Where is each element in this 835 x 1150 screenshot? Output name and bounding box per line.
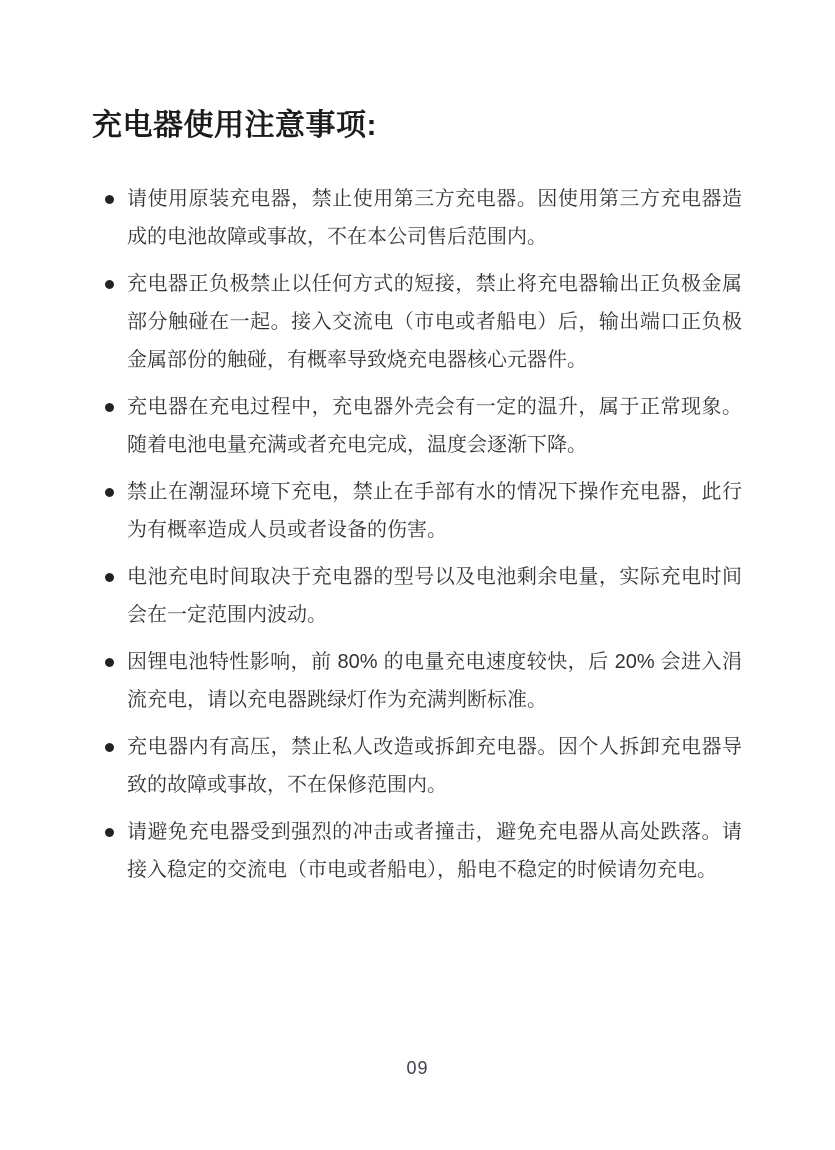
page-title: 充电器使用注意事项:: [92, 108, 742, 144]
bullet-icon: [105, 658, 114, 667]
manual-page: 充电器使用注意事项: 请使用原装充电器，禁止使用第三方充电器。因使用第三方充电器…: [0, 0, 835, 1150]
notice-list: 请使用原装充电器，禁止使用第三方充电器。因使用第三方充电器造成的电池故障或事故，…: [92, 180, 742, 889]
bullet-icon: [105, 743, 114, 752]
notice-text: 电池充电时间取决于充电器的型号以及电池剩余电量，实际充电时间会在一定范围内波动。: [127, 558, 742, 634]
notice-item: 电池充电时间取决于充电器的型号以及电池剩余电量，实际充电时间会在一定范围内波动。: [105, 558, 742, 634]
notice-text: 充电器在充电过程中，充电器外壳会有一定的温升，属于正常现象。随着电池电量充满或者…: [127, 388, 742, 464]
notice-item: 禁止在潮湿环境下充电，禁止在手部有水的情况下操作充电器，此行为有概率造成人员或者…: [105, 473, 742, 549]
notice-item: 充电器在充电过程中，充电器外壳会有一定的温升，属于正常现象。随着电池电量充满或者…: [105, 388, 742, 464]
bullet-icon: [105, 195, 114, 204]
notice-text: 请避免充电器受到强烈的冲击或者撞击，避免充电器从高处跌落。请接入稳定的交流电（市…: [127, 813, 742, 889]
page-number: 09: [0, 1056, 835, 1080]
notice-text: 禁止在潮湿环境下充电，禁止在手部有水的情况下操作充电器，此行为有概率造成人员或者…: [127, 473, 742, 549]
bullet-icon: [105, 403, 114, 412]
notice-text: 因锂电池特性影响，前 80% 的电量充电速度较快，后 20% 会进入涓流充电，请…: [127, 643, 742, 719]
notice-item: 充电器内有高压，禁止私人改造或拆卸充电器。因个人拆卸充电器导致的故障或事故，不在…: [105, 728, 742, 804]
notice-item: 请避免充电器受到强烈的冲击或者撞击，避免充电器从高处跌落。请接入稳定的交流电（市…: [105, 813, 742, 889]
bullet-icon: [105, 828, 114, 837]
notice-item: 因锂电池特性影响，前 80% 的电量充电速度较快，后 20% 会进入涓流充电，请…: [105, 643, 742, 719]
bullet-icon: [105, 280, 114, 289]
notice-item: 充电器正负极禁止以任何方式的短接，禁止将充电器输出正负极金属部分触碰在一起。接入…: [105, 265, 742, 379]
bullet-icon: [105, 573, 114, 582]
notice-text: 充电器内有高压，禁止私人改造或拆卸充电器。因个人拆卸充电器导致的故障或事故，不在…: [127, 728, 742, 804]
notice-text: 请使用原装充电器，禁止使用第三方充电器。因使用第三方充电器造成的电池故障或事故，…: [127, 180, 742, 256]
bullet-icon: [105, 488, 114, 497]
notice-text: 充电器正负极禁止以任何方式的短接，禁止将充电器输出正负极金属部分触碰在一起。接入…: [127, 265, 742, 379]
notice-item: 请使用原装充电器，禁止使用第三方充电器。因使用第三方充电器造成的电池故障或事故，…: [105, 180, 742, 256]
